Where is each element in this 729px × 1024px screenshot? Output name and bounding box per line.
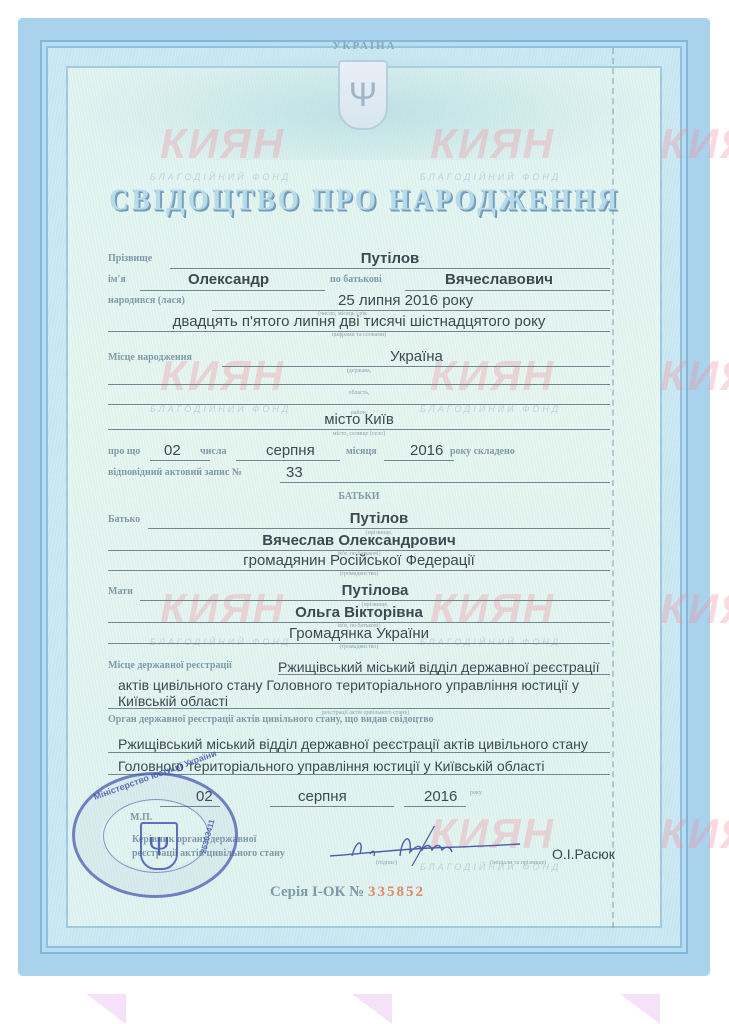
trident-icon: Ψ: [140, 822, 178, 870]
field-line: [148, 528, 610, 529]
watermark: КИЯН: [660, 585, 729, 633]
birthplace-country: Україна: [390, 348, 443, 365]
field-line: [404, 806, 466, 807]
serial-block: Серія І-ОК № 335852: [270, 884, 425, 901]
birth-date-digits: 25 липня 2016 року: [338, 292, 473, 309]
birth-date-words: двадцять п'ятого липня дві тисячі шістна…: [108, 313, 610, 330]
field-line: [405, 290, 610, 291]
field-line: [140, 600, 610, 601]
region-hint: область,: [108, 390, 610, 396]
initials-hint: (ініціали та прізвище): [490, 860, 546, 866]
father-surname: Путілов: [148, 510, 610, 527]
trident-icon: Ψ: [338, 60, 388, 130]
child-patronymic: Вячеславович: [445, 271, 553, 288]
registration-place-line-3: Київській області: [118, 693, 228, 709]
father-label: Батько: [108, 514, 140, 525]
field-line: [140, 290, 325, 291]
field-line: [170, 268, 610, 269]
country-name: УКРАЇНА: [0, 40, 729, 52]
issue-year: 2016: [424, 788, 457, 805]
mother-citizenship: Громадянка України: [108, 625, 610, 642]
child-name: Олександр: [188, 271, 269, 288]
citizenship-hint: (громадянство): [108, 571, 610, 577]
watermark-triangle: [352, 994, 392, 1024]
mother-surname: Путілова: [140, 582, 610, 599]
watermark: КИЯН: [660, 810, 729, 858]
father-citizenship: громадянин Російської Федерації: [108, 552, 610, 569]
watermark-triangle: [620, 994, 660, 1024]
child-surname: Путілов: [170, 250, 610, 267]
birth-date-words-hint: цифрами та словами): [108, 332, 610, 338]
field-line: [150, 460, 210, 461]
field-line: [222, 366, 610, 367]
watermark-sub: БЛАГОДІЙНИЙ ФОНД: [420, 172, 561, 182]
field-line: [236, 460, 340, 461]
surname-label: Прізвище: [108, 253, 152, 264]
field-line: [384, 460, 454, 461]
month-label: місяця: [346, 446, 377, 457]
field-line: [270, 806, 394, 807]
serial-label: Серія І-ОК №: [270, 884, 364, 900]
father-name: Вячеслав Олександрович: [108, 532, 610, 549]
parents-heading: БАТЬКИ: [108, 491, 610, 502]
act-number: 33: [286, 464, 303, 481]
patronymic-label: по батькові: [330, 274, 382, 285]
signature-hint: (підпис): [376, 860, 397, 866]
mother-name: Ольга Вікторівна: [108, 604, 610, 621]
issuer-line-1: Ржищівський міський відділ державної реє…: [118, 736, 588, 752]
born-label: народився (лася): [108, 295, 185, 306]
registration-place-line-2: актів цивільного стану Головного територ…: [118, 677, 579, 693]
year-label: року складено: [450, 446, 515, 457]
watermark: КИЯН: [660, 352, 729, 400]
watermark: КИЯН: [660, 120, 729, 168]
about-label: про що: [108, 446, 140, 457]
security-strip: [612, 48, 636, 928]
watermark-triangle: [86, 994, 126, 1024]
day-label: числа: [200, 446, 226, 457]
field-line: [280, 482, 610, 483]
field-line: [212, 310, 610, 311]
field-line: [108, 384, 610, 385]
serial-number: 335852: [368, 884, 425, 900]
field-line: [108, 404, 610, 405]
record-year: 2016: [410, 442, 443, 459]
watermark-sub: БЛАГОДІЙНИЙ ФОНД: [150, 172, 291, 182]
birthplace-city: місто Київ: [108, 411, 610, 428]
document-title: СВІДОЦТВО ПРО НАРОДЖЕННЯ: [0, 182, 729, 218]
registration-place-label: Місце державної реєстрації: [108, 660, 232, 671]
issue-month: серпня: [298, 788, 347, 805]
mother-label: Мати: [108, 586, 133, 597]
record-day: 02: [164, 442, 181, 459]
issue-year-label: року: [470, 790, 482, 796]
act-label: відповідний актовий запис №: [108, 467, 242, 478]
country-hint: (держава,: [108, 368, 610, 374]
issuer-label: Орган державної реєстрації актів цивільн…: [108, 714, 434, 725]
city-hint: місто, селище (село): [108, 431, 610, 437]
field-line: [108, 752, 610, 753]
record-month: серпня: [266, 442, 315, 459]
watermark: КИЯН: [160, 120, 285, 168]
registration-place-line-1: Ржищівський міський відділ державної реє…: [278, 659, 599, 675]
watermark: КИЯН: [430, 120, 555, 168]
birthplace-label: Місце народження: [108, 352, 192, 363]
citizenship-hint: (громадянство): [108, 644, 610, 650]
field-line: [108, 429, 610, 430]
name-label: ім'я: [108, 274, 126, 285]
signer-name: О.І.Расюк: [552, 846, 615, 862]
